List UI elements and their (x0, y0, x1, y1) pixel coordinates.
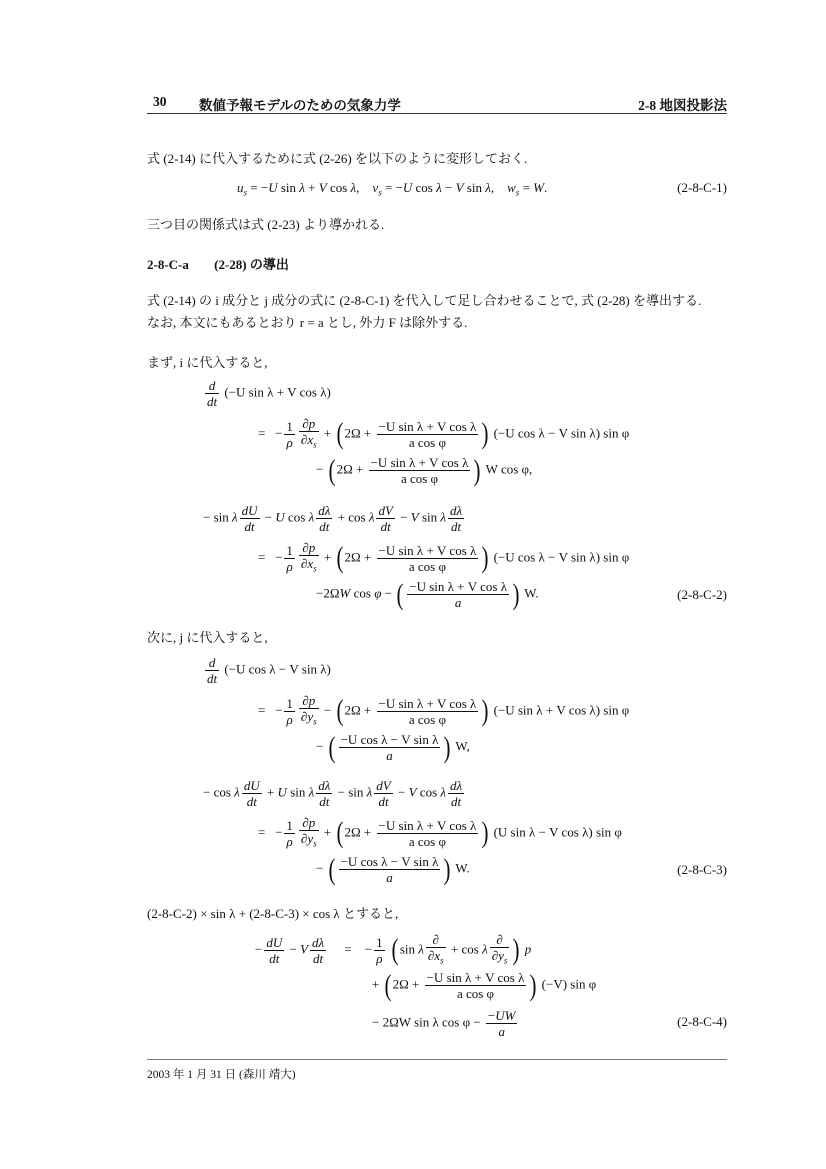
section-title: 2-8 地図投影法 (638, 94, 727, 114)
subsection-number: 2-8-C-a (147, 257, 189, 272)
step-j-text: 次に, j に代入すると, (147, 627, 268, 646)
paragraph-line: なお, 本文にもあるとおり r = a とし, 外力 F は除外する. (147, 312, 467, 331)
running-header: 30 数値予報モデルのための気象力学 2-8 地図投影法 (147, 94, 727, 112)
equation-c3-lhs: − cos λdUdt + U sin λdλdt − sin λdVdt − … (203, 778, 466, 809)
intro-text: 式 (2-14) に代入するために式 (2-26) を以下のように変形しておく. (147, 148, 527, 167)
equation-c2-lhs: − sin λdUdt − U cos λdλdt + cos λdVdt − … (203, 503, 466, 534)
equation-c3-rhs2: − (−U cos λ − V sin λa) W. (316, 854, 470, 885)
equation-label: (2-8-C-4) (677, 1014, 727, 1030)
page-number: 30 (153, 94, 167, 110)
combine-text: (2-8-C-2) × sin λ + (2-8-C-3) × cos λ とす… (147, 903, 398, 922)
equation-c4-lhs: −dUdt − Vdλdt = −1ρ (sin λ∂∂xs + cos λ∂∂… (255, 932, 531, 969)
subsection-title: (2-28) の導出 (214, 257, 289, 272)
equation-label: (2-8-C-1) (677, 180, 727, 196)
equation-c4-rhs3: − 2ΩW sin λ cos φ − −UWa (372, 1008, 519, 1039)
header-rule (147, 113, 727, 114)
equation-c2-rhs1: = −1ρ∂p∂xs + (2Ω + −U sin λ + V cos λa c… (258, 540, 629, 577)
equation-j-rhs2: − (−U cos λ − V sin λa) W, (316, 732, 470, 763)
book-title: 数値予報モデルのための気象力学 (199, 94, 401, 114)
equation-label: (2-8-C-2) (677, 587, 727, 603)
equation-i-rhs1: = −1ρ∂p∂xs + (2Ω + −U sin λ + V cos λa c… (258, 416, 629, 453)
subsection-heading: 2-8-C-a (2-28) の導出 (147, 254, 289, 273)
step-i-text: まず, i に代入すると, (147, 352, 268, 371)
footer-date-author: 2003 年 1 月 31 日 (森川 靖大) (147, 1066, 296, 1082)
equation-i-lhs: ddt (−U sin λ + V cos λ) (203, 378, 331, 409)
equation-i-rhs2: − (2Ω + −U sin λ + V cos λa cos φ) W cos… (316, 455, 532, 486)
equation-2-8-C-1: us = −U sin λ + V cos λ, vs = −U cos λ −… (237, 180, 547, 198)
paragraph-line: 式 (2-14) の i 成分と j 成分の式に (2-8-C-1) を代入して… (147, 290, 701, 309)
equation-c3-rhs1: = −1ρ∂p∂ys + (2Ω + −U sin λ + V cos λa c… (258, 815, 622, 852)
equation-c4-rhs2: + (2Ω + −U sin λ + V cos λa cos φ) (−V) … (372, 970, 596, 1001)
footer-rule (147, 1059, 727, 1060)
equation-j-rhs1: = −1ρ∂p∂ys − (2Ω + −U sin λ + V cos λa c… (258, 693, 629, 730)
intro-text-2: 三つ目の関係式は式 (2-23) より導かれる. (147, 214, 384, 233)
equation-c2-rhs2: −2ΩW cos φ − (−U sin λ + V cos λa) W. (316, 579, 539, 610)
equation-label: (2-8-C-3) (677, 862, 727, 878)
equation-j-lhs: ddt (−U cos λ − V sin λ) (203, 655, 331, 686)
